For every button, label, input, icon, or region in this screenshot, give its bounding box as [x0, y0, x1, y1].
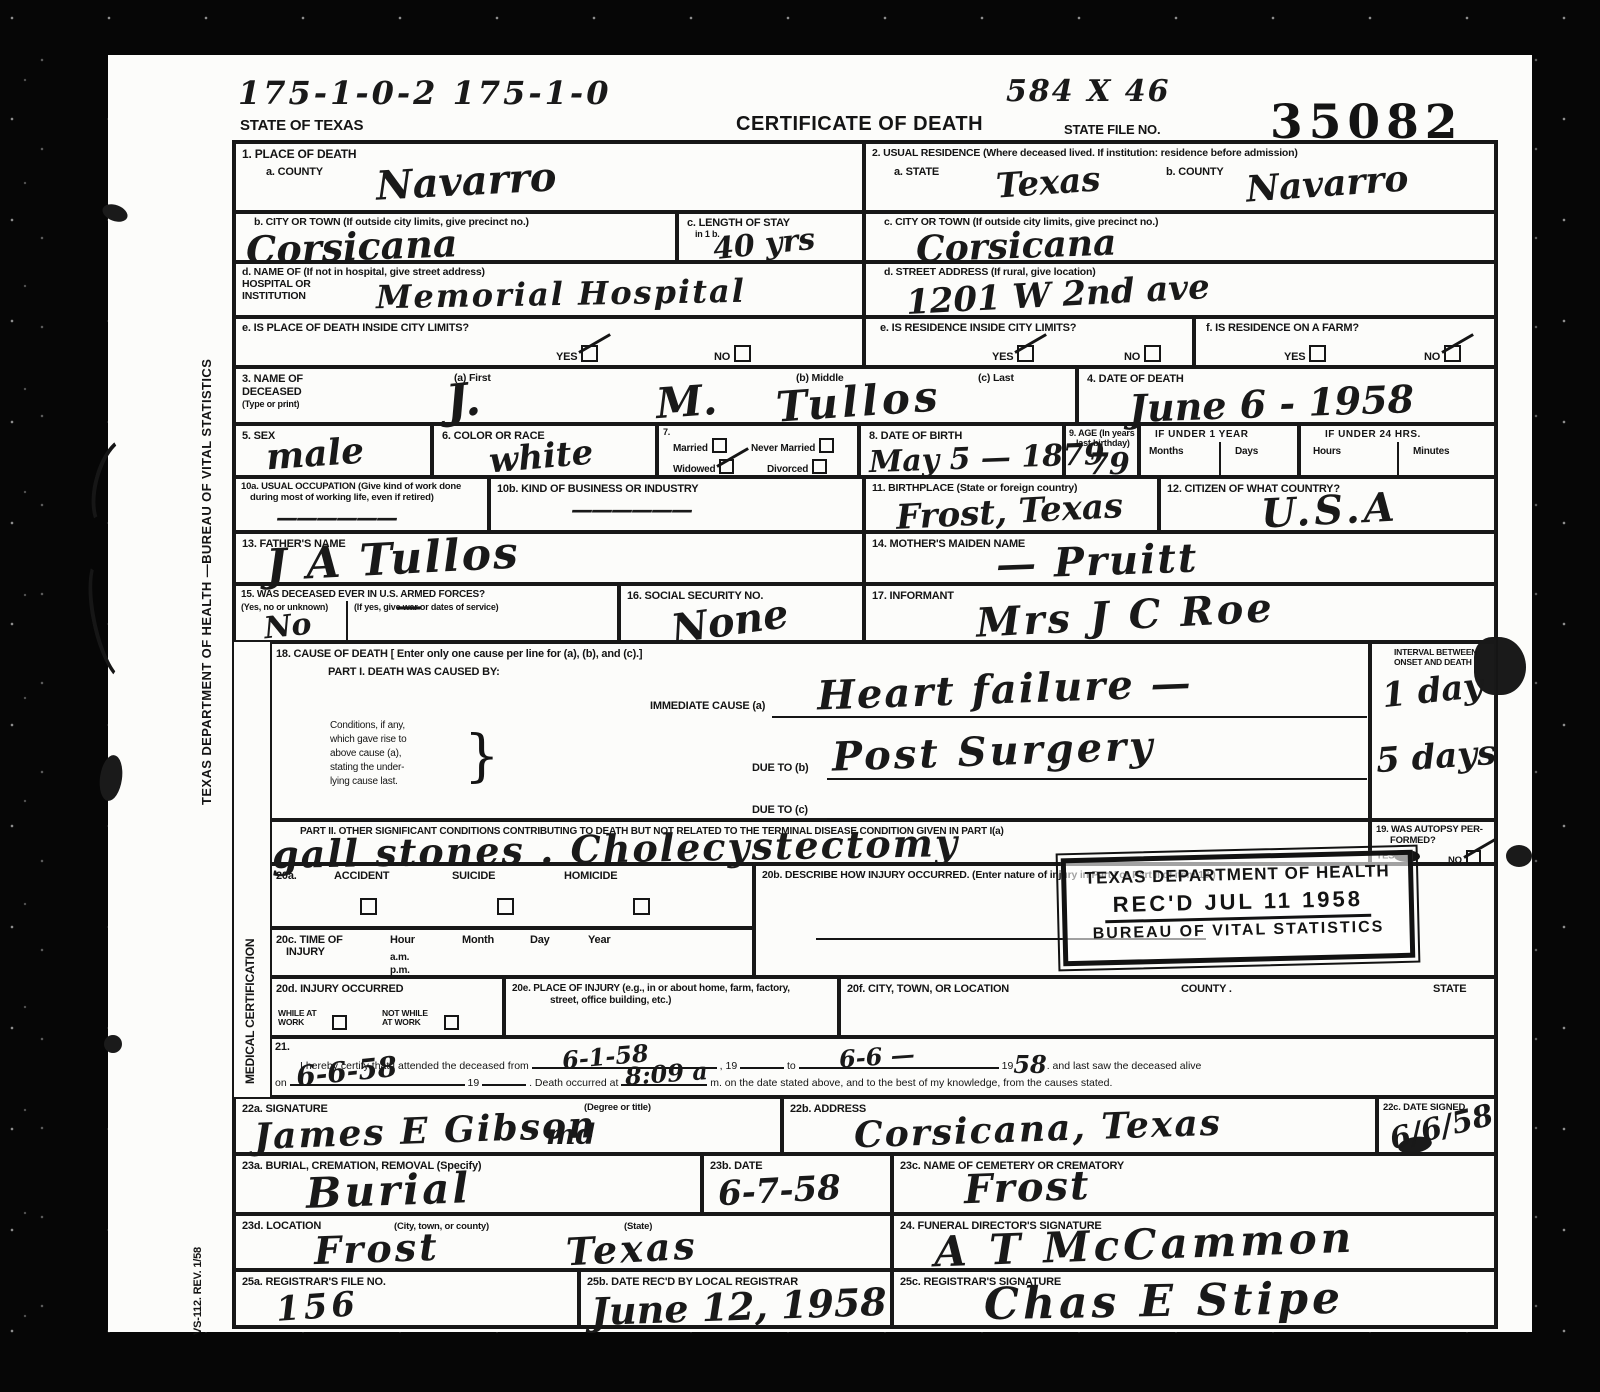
armed-forces-label: 15. WAS DECEASED EVER IN U.S. ARMED FORC…: [241, 589, 485, 600]
time-of-injury-label-2: INJURY: [286, 946, 325, 959]
code-handwritten: 584 X 46: [1006, 77, 1171, 107]
business-industry-value: ——————: [571, 499, 691, 521]
occupation-label-2: during most of working life, even if ret…: [250, 493, 434, 503]
no-checkbox: [1444, 345, 1461, 362]
date-of-death-cell: 4. DATE OF DEATH June 6 - 1958: [1077, 367, 1496, 424]
residence-county-value: Navarro: [1245, 160, 1410, 207]
conditions-note-2: which gave rise to: [330, 734, 406, 745]
cert-text-6: on: [275, 1077, 287, 1089]
registrar-file-no-value: 156: [275, 1287, 360, 1327]
farm-no: NO: [1424, 345, 1461, 364]
burial-date-label: 23b. DATE: [710, 1160, 762, 1173]
place-of-injury-cell: 20e. PLACE OF INJURY (e.g., in or about …: [504, 977, 839, 1037]
age-value: 79: [1088, 450, 1130, 480]
never-married-option: Never Married: [751, 438, 834, 454]
not-while-at-work-checkbox: [444, 1015, 459, 1030]
cert-text-9: m. on the date stated above, and to the …: [710, 1077, 1112, 1089]
informant-cell: 17. INFORMANT Mrs J C Roe: [864, 584, 1496, 642]
ink-smudge: [97, 754, 125, 803]
injury-county-label: COUNTY .: [1181, 983, 1232, 996]
name-label-1: 3. NAME OF: [242, 373, 303, 386]
widowed-checkbox: [719, 459, 734, 474]
place-of-death-cell: 1. PLACE OF DEATH a. COUNTY Navarro: [234, 142, 864, 212]
place-of-injury-label-1: 20e. PLACE OF INJURY (e.g., in or about …: [512, 983, 790, 994]
item-21-label: 21.: [275, 1041, 290, 1054]
interval-label-2: ONSET AND DEATH: [1394, 658, 1472, 667]
if-under-24-hrs-label: IF UNDER 24 HRS.: [1325, 429, 1421, 440]
burial-state-value: Texas: [565, 1227, 699, 1272]
divorced-option: Divorced: [767, 459, 827, 475]
month-label: Month: [462, 934, 494, 947]
mothers-maiden-name-cell: 14. MOTHER'S MAIDEN NAME — Pruitt: [864, 532, 1496, 584]
while-at-work-option: WHILE ATWORK: [278, 1009, 317, 1028]
residence-city-limits-no: NO: [1124, 345, 1161, 364]
months-days-divider: [1219, 442, 1221, 479]
last-name-label: (c) Last: [978, 373, 1014, 385]
cert-text-2: , 19: [720, 1060, 738, 1072]
death-city-limits-cell: e. IS PLACE OF DEATH INSIDE CITY LIMITS?…: [234, 317, 864, 367]
cert-text-7: 19: [468, 1077, 480, 1089]
ink-squiggle: [79, 552, 147, 686]
cert-text-3: to: [787, 1060, 796, 1072]
residence-state-value: Texas: [995, 162, 1102, 203]
received-stamp: TEXAS DEPARTMENT OF HEALTH REC'D JUL 11 …: [1061, 850, 1416, 967]
farm-label: f. IS RESIDENCE ON A FARM?: [1206, 322, 1359, 335]
physician-address-cell: 22b. ADDRESS Corsicana, Texas: [782, 1097, 1377, 1154]
while-at-work-checkbox: [332, 1015, 347, 1030]
conditions-note-3: above cause (a),: [330, 748, 401, 759]
business-industry-cell: 10b. KIND OF BUSINESS OR INDUSTRY ——————: [489, 477, 864, 532]
date-signed-cell: 22c. DATE SIGNED 6/6/58: [1377, 1097, 1496, 1154]
never-married-checkbox: [819, 438, 834, 453]
first-name-value: J.: [444, 375, 483, 424]
injury-city-cell: 20f. CITY, TOWN, OR LOCATION COUNTY . ST…: [839, 977, 1496, 1037]
date-of-death-value: June 6 - 1958: [1128, 380, 1414, 428]
yes-checkbox: [1017, 345, 1034, 362]
widowed-option: Widowed: [673, 459, 734, 475]
citizen-cell: 12. CITIZEN OF WHAT COUNTRY? U.S.A: [1159, 477, 1496, 532]
hours-label: Hours: [1313, 446, 1341, 457]
certification-line-2: on 6-6-58 19 . Death occurred at 8:09 a …: [275, 1077, 1112, 1089]
armed-forces-divider: [346, 601, 348, 644]
cert-blank-5: [482, 1084, 526, 1086]
death-city-limits-yes: YES: [556, 345, 598, 364]
no-checkbox: [1144, 345, 1161, 362]
time-of-injury-cell: 20c. TIME OF INJURY Hour a.m. p.m. Month…: [270, 928, 754, 977]
cause-of-death-label: 18. CAUSE OF DEATH [ Enter only one caus…: [276, 648, 642, 661]
date-received-cell: 25b. DATE REC'D BY LOCAL REGISTRAR June …: [579, 1270, 892, 1327]
name-label-3: (Type or print): [242, 400, 299, 410]
hospital-value: Memorial Hospital: [376, 275, 746, 313]
state-of-texas-label: STATE OF TEXAS: [240, 117, 363, 134]
residence-city-limits-cell: e. IS RESIDENCE INSIDE CITY LIMITS? YES …: [864, 317, 1194, 367]
usual-residence-label: 2. USUAL RESIDENCE (Where deceased lived…: [872, 148, 1298, 160]
name-of-deceased-cell: 3. NAME OF DECEASED (Type or print) (a) …: [234, 367, 1077, 424]
marital-status-cell: 7. Married Never Married Widowed Divorce…: [657, 424, 859, 477]
cause-of-death-cell: 18. CAUSE OF DEATH [ Enter only one caus…: [270, 642, 1370, 820]
days-label: Days: [1235, 446, 1258, 457]
year-label: Year: [588, 934, 610, 947]
informant-value: Mrs J C Roe: [975, 588, 1275, 644]
certification-cell: 21. I hereby certify that I attended the…: [270, 1037, 1496, 1097]
due-to-b-value: Post Surgery: [831, 726, 1156, 777]
last-name-value: Tullos: [775, 375, 943, 428]
cemetery-cell: 23c. NAME OF CEMETERY OR CREMATORY Frost: [892, 1154, 1496, 1214]
burial-cell: 23a. BURIAL, CREMATION, REMOVAL (Specify…: [234, 1154, 702, 1214]
farm-cell: f. IS RESIDENCE ON A FARM? YES NO: [1194, 317, 1496, 367]
interval-label-1: INTERVAL BETWEEN: [1394, 648, 1477, 657]
autopsy-label-2: FORMED?: [1390, 836, 1436, 846]
mothers-maiden-name-value: — Pruitt: [995, 538, 1199, 585]
conditions-note-4: stating the under-: [330, 762, 404, 773]
divorced-checkbox: [812, 459, 827, 474]
residence-city-limits-label: e. IS RESIDENCE INSIDE CITY LIMITS?: [880, 322, 1076, 335]
residence-city-cell: c. CITY OR TOWN (If outside city limits,…: [864, 212, 1496, 262]
armed-forces-sub-2: (If yes, give war or dates of service): [354, 603, 498, 613]
color-or-race-value: white: [488, 436, 595, 479]
fathers-name-cell: 13. FATHER'S NAME J A Tullos: [234, 532, 864, 584]
residence-county-label: b. COUNTY: [1166, 166, 1223, 179]
homicide-label: HOMICIDE: [564, 870, 617, 883]
place-of-death-label: 1. PLACE OF DEATH: [242, 148, 356, 162]
ink-smudge: [100, 201, 130, 225]
funeral-director-cell: 24. FUNERAL DIRECTOR'S SIGNATURE A T McC…: [892, 1214, 1496, 1270]
scanned-page: 175-1-0-2 175-1-0 STATE OF TEXAS CERTIFI…: [0, 0, 1600, 1392]
autopsy-no-checkbox: [1466, 850, 1481, 865]
if-under-1-year-label: IF UNDER 1 YEAR: [1155, 429, 1248, 440]
ink-squiggle: [82, 430, 154, 537]
armed-forces-value: No: [263, 610, 313, 645]
county-value: Navarro: [375, 157, 557, 206]
ink-smudge: [104, 1035, 122, 1053]
death-city-limits-label: e. IS PLACE OF DEATH INSIDE CITY LIMITS?: [242, 322, 469, 335]
months-label: Months: [1149, 446, 1183, 457]
usual-occupation-cell: 10a. USUAL OCCUPATION (Give kind of work…: [234, 477, 489, 532]
injury-state-label: STATE: [1433, 983, 1466, 996]
city-or-town-cell: b. CITY OR TOWN (If outside city limits,…: [234, 212, 677, 262]
registrar-signature-value: Chas E Stipe: [984, 1277, 1345, 1327]
cert-text-4: 19: [1002, 1060, 1014, 1072]
armed-forces-cell: 15. WAS DECEASED EVER IN U.S. ARMED FORC…: [234, 584, 619, 642]
sex-value: male: [265, 433, 365, 476]
hour-label: Hour: [390, 934, 415, 947]
hospital-label-2: HOSPITAL OR: [242, 279, 311, 291]
injury-occurred-cell: 20d. INJURY OCCURRED WHILE ATWORK NOT WH…: [270, 977, 504, 1037]
funeral-director-signature-value: A T McCammon: [933, 1217, 1355, 1274]
fathers-name-value: J A Tullos: [265, 531, 521, 588]
burial-date-cell: 23b. DATE 6-7-58: [702, 1154, 892, 1214]
married-checkbox: [712, 438, 727, 453]
birthplace-value: Frost, Texas: [895, 489, 1124, 535]
registrar-signature-cell: 25c. REGISTRAR'S SIGNATURE Chas E Stipe: [892, 1270, 1496, 1327]
business-industry-label: 10b. KIND OF BUSINESS OR INDUSTRY: [497, 483, 698, 496]
name-label-2: DECEASED: [242, 386, 302, 399]
immediate-cause-label: IMMEDIATE CAUSE (a): [650, 700, 765, 713]
burial-location-cell: 23d. LOCATION (City, town, or county) (S…: [234, 1214, 892, 1270]
cert-hw-attended-to: 6-6 —: [838, 1042, 915, 1071]
age-cell: 9. AGE (In years last birthday) 79: [1064, 424, 1139, 477]
yes-checkbox: [1309, 345, 1326, 362]
due-to-c-label: DUE TO (c): [752, 804, 808, 817]
cert-blank-2: [740, 1067, 784, 1069]
registrar-file-no-cell: 25a. REGISTRAR'S FILE NO. 156: [234, 1270, 579, 1327]
interval-b-value: 5 days: [1375, 736, 1497, 778]
state-file-no-label: STATE FILE NO.: [1064, 123, 1160, 138]
pm-label: p.m.: [390, 965, 410, 976]
farm-yes: YES: [1284, 345, 1326, 364]
if-under-24-hrs-cell: IF UNDER 24 HRS. Hours Minutes: [1299, 424, 1496, 477]
married-option: Married: [673, 438, 727, 454]
occupation-value: ——————: [276, 507, 396, 529]
conditions-note-5: lying cause last.: [330, 776, 398, 787]
not-while-at-work-option: NOT WHILEAT WORK: [382, 1009, 428, 1028]
cemetery-value: Frost: [963, 1166, 1091, 1210]
due-to-b-line: [827, 778, 1367, 780]
am-label: a.m.: [390, 952, 409, 963]
homicide-checkbox: [633, 898, 650, 915]
death-certificate-document: 175-1-0-2 175-1-0 STATE OF TEXAS CERTIFI…: [108, 55, 1532, 1332]
cert-hw-last-seen: 6-6-58: [294, 1053, 398, 1091]
suicide-checkbox: [497, 898, 514, 915]
physician-address-value: Corsicana, Texas: [853, 1105, 1222, 1154]
occupation-label-1: 10a. USUAL OCCUPATION (Give kind of work…: [241, 482, 461, 492]
injury-occurred-label: 20d. INJURY OCCURRED: [276, 983, 403, 996]
birthplace-cell: 11. BIRTHPLACE (State or foreign country…: [864, 477, 1159, 532]
death-city-limits-no: NO: [714, 345, 751, 364]
injury-city-label: 20f. CITY, TOWN, OR LOCATION: [847, 983, 1009, 996]
form-revision-label: VS-112. REV. 1/58: [192, 1175, 205, 1335]
county-label: a. COUNTY: [266, 166, 323, 179]
burial-city-value: Frost: [313, 1228, 440, 1270]
due-to-b-label: DUE TO (b): [752, 762, 808, 775]
color-or-race-cell: 6. COLOR OR RACE white: [432, 424, 657, 477]
certificate-form: MEDICAL CERTIFICATION 1. PLACE OF DEATH …: [232, 140, 1498, 1329]
day-label: Day: [530, 934, 550, 947]
residence-state-label: a. STATE: [894, 166, 939, 179]
burial-location-label: 23d. LOCATION: [242, 1220, 321, 1233]
sex-cell: 5. SEX male: [234, 424, 432, 477]
time-of-injury-label-1: 20c. TIME OF: [276, 934, 343, 947]
brace: }: [464, 724, 500, 789]
degree-value: md: [546, 1121, 595, 1149]
autopsy-label-1: 19. WAS AUTOPSY PER-: [1376, 825, 1483, 835]
physician-signature-cell: 22a. SIGNATURE (Degree or title) James E…: [234, 1097, 782, 1154]
hospital-cell: d. NAME OF (If not in hospital, give str…: [234, 262, 864, 317]
hospital-label-3: INSTITUTION: [242, 291, 306, 303]
burial-date-value: 6-7-58: [717, 1171, 841, 1211]
date-of-birth-label: 8. DATE OF BIRTH: [869, 430, 962, 443]
certificate-title: CERTIFICATE OF DEATH: [736, 113, 983, 136]
residence-city-limits-yes: YES: [992, 345, 1034, 364]
cert-blank-6: 8:09 a: [621, 1084, 707, 1086]
file-codes-handwritten: 175-1-0-2 175-1-0: [238, 77, 611, 109]
minutes-label: Minutes: [1413, 446, 1449, 457]
interval-a-value: 1 day: [1380, 669, 1484, 713]
cert-text-5: . and last saw the deceased alive: [1047, 1060, 1202, 1072]
interval-column-cell: INTERVAL BETWEEN ONSET AND DEATH 1 day 5…: [1370, 642, 1496, 820]
middle-name-value: M.: [655, 379, 719, 425]
date-received-value: June 12, 1958: [590, 1283, 887, 1331]
conditions-note-1: Conditions, if any,: [330, 720, 405, 731]
cert-blank-3: 6-6 —: [799, 1067, 999, 1069]
street-address-cell: d. STREET ADDRESS (If rural, give locati…: [864, 262, 1496, 317]
cert-hw-time-of-death: 8:09 a: [625, 1059, 709, 1089]
length-of-stay-value: 40 yrs: [712, 225, 817, 266]
burial-value: Burial: [305, 1167, 472, 1215]
cert-text-8: . Death occurred at: [529, 1077, 618, 1089]
certification-line-1: I hereby certify that I attended the dec…: [300, 1053, 1201, 1077]
citizen-value: U.S.A: [1260, 487, 1399, 534]
length-of-stay-cell: c. LENGTH OF STAY in 1 b. 40 yrs: [677, 212, 864, 262]
immediate-cause-value: Heart failure —: [816, 663, 1193, 716]
place-of-injury-label-2: street, office building, etc.): [550, 995, 671, 1006]
date-of-birth-cell: 8. DATE OF BIRTH May 5 — 1879: [859, 424, 1064, 477]
marital-label: 7.: [663, 428, 670, 438]
if-under-1-year-cell: IF UNDER 1 YEAR Months Days: [1139, 424, 1299, 477]
part2-value: gall stones . Cholecystectomy: [272, 824, 960, 874]
cert-blank-4: 6-6-58: [290, 1084, 465, 1086]
ink-smudge: [1506, 845, 1532, 867]
accident-checkbox: [360, 898, 377, 915]
medical-certification-vertical-label: MEDICAL CERTIFICATION: [244, 794, 258, 1084]
department-vertical-label: TEXAS DEPARTMENT OF HEALTH —BUREAU OF VI…: [200, 305, 215, 805]
cert-hw-year: 58: [1013, 1050, 1046, 1079]
usual-residence-cell: 2. USUAL RESIDENCE (Where deceased lived…: [864, 142, 1496, 212]
hours-minutes-divider: [1397, 442, 1399, 479]
stamp-line-2: REC'D JUL 11 1958: [1104, 886, 1371, 923]
informant-label: 17. INFORMANT: [872, 590, 954, 603]
no-checkbox: [734, 345, 751, 362]
service-dash-value: —: [396, 594, 422, 620]
yes-checkbox: [581, 345, 598, 362]
social-security-cell: 16. SOCIAL SECURITY NO. None: [619, 584, 864, 642]
part1-label: PART I. DEATH WAS CAUSED BY:: [328, 666, 500, 679]
